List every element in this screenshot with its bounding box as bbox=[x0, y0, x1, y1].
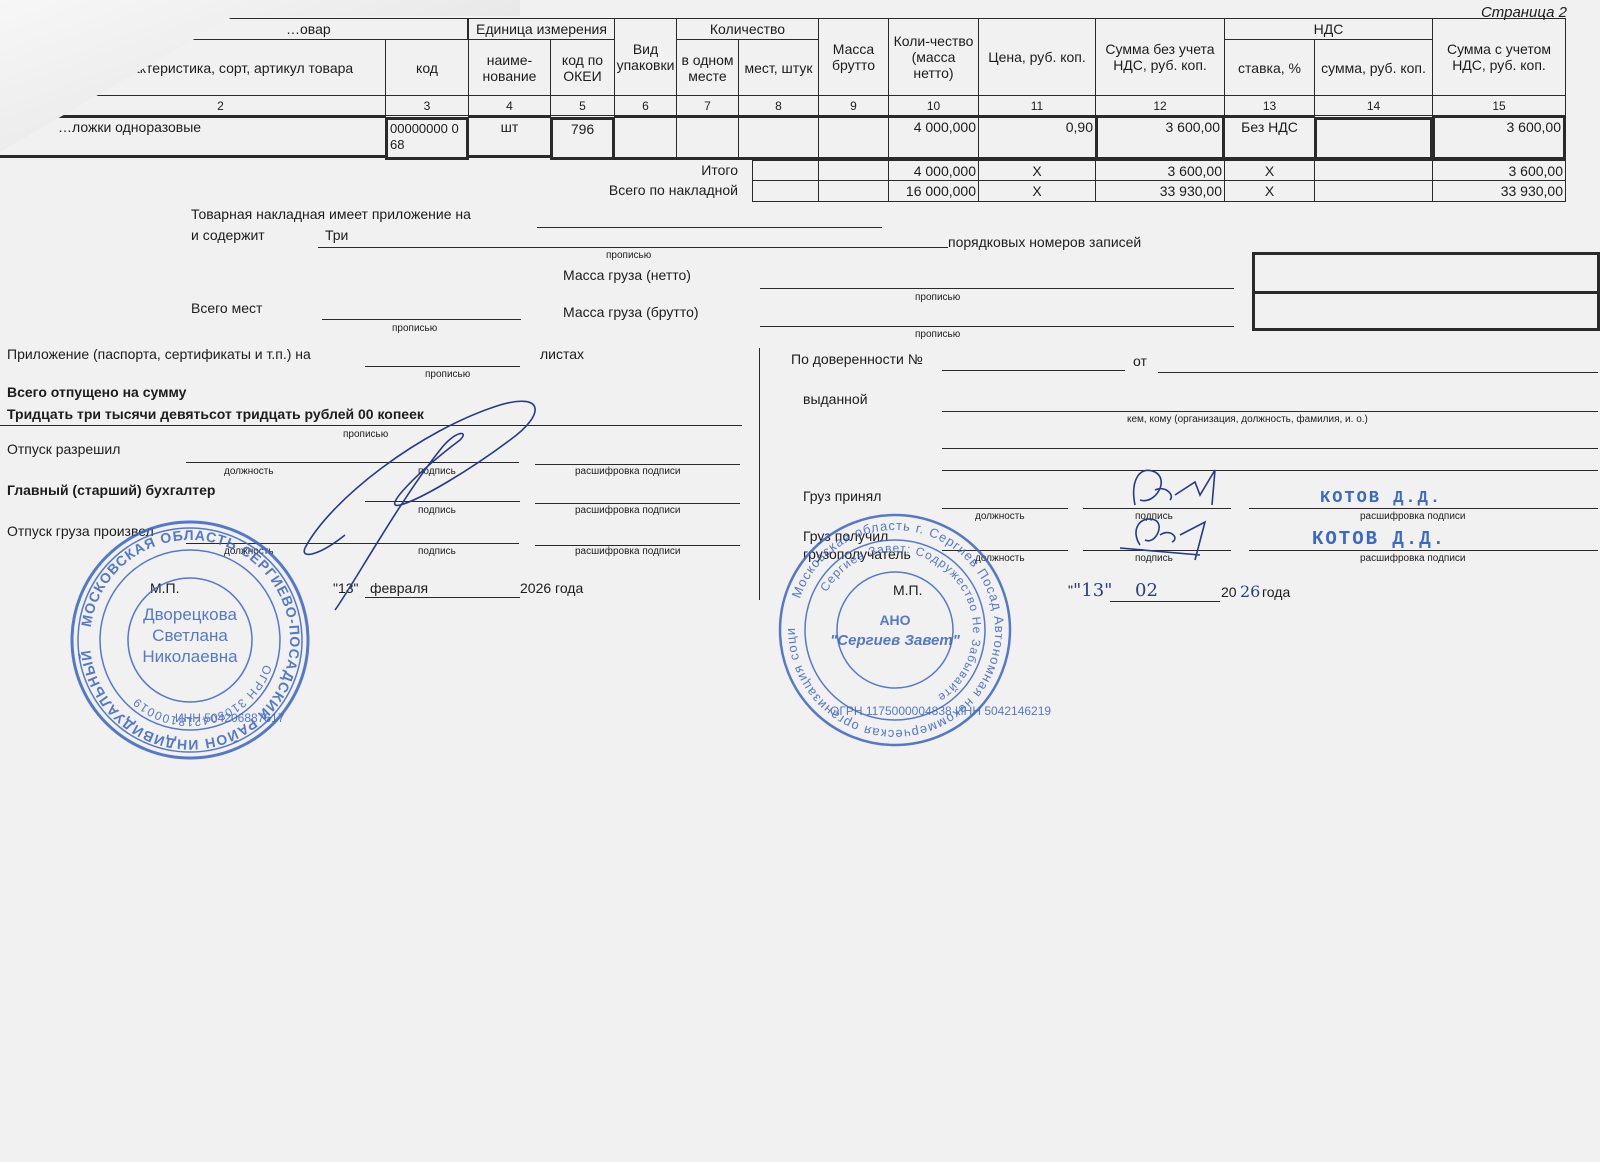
places-label: Всего мест bbox=[191, 300, 262, 316]
docs-field[interactable] bbox=[365, 366, 520, 367]
totals-label: Всего по накладной bbox=[609, 182, 738, 198]
release-allowed-label: Отпуск разрешил bbox=[7, 441, 120, 457]
col-number: 4 bbox=[468, 95, 551, 116]
svg-text:Дворецкова: Дворецкова bbox=[143, 605, 237, 624]
svg-text:ОГРН 1175000004838 ИНН 504214: ОГРН 1175000004838 ИНН 5042146219 bbox=[830, 704, 1051, 718]
shipped-by-position-field[interactable] bbox=[186, 543, 519, 544]
svg-text:АНО: АНО bbox=[879, 612, 910, 628]
totals-qty-net: 16 000,000 bbox=[888, 180, 979, 202]
hint-signature: подпись bbox=[418, 466, 456, 477]
mass-net-code-box bbox=[1252, 252, 1600, 294]
issued-field-3[interactable] bbox=[942, 470, 1598, 471]
row-unit-okei: 796 bbox=[550, 117, 615, 160]
col-number: 9 bbox=[818, 95, 889, 116]
header-vat-rate: ставка, % bbox=[1224, 39, 1315, 96]
header-sum-with-vat: Сумма с учетом НДС, руб. коп. bbox=[1432, 18, 1566, 96]
stamp-place-label: М.П. bbox=[150, 580, 180, 596]
col-number: 10 bbox=[888, 95, 979, 116]
col-number: 5 bbox=[550, 95, 615, 116]
header-unit-okei: код по ОКЕИ bbox=[550, 39, 615, 96]
row-qty-net: 4 000,000 bbox=[888, 115, 979, 160]
date-day: "13" bbox=[333, 580, 359, 596]
totals-vat-rate: X bbox=[1224, 160, 1315, 181]
row-vat-sum bbox=[1314, 117, 1433, 160]
hint-decoding: расшифровка подписи bbox=[575, 546, 681, 557]
received-decoding-field[interactable] bbox=[1249, 550, 1598, 551]
mass-net-field[interactable] bbox=[760, 288, 1234, 289]
row-unit-name: шт bbox=[468, 115, 551, 158]
totals-gross-mass bbox=[818, 180, 889, 202]
release-allowed-position-field[interactable] bbox=[186, 462, 519, 463]
header-vat-group: НДС bbox=[1224, 18, 1433, 40]
header-unit-group: Единица измерения bbox=[468, 18, 615, 40]
row-sum-no-vat: 3 600,00 bbox=[1095, 115, 1225, 160]
totals-sum-with-vat: 33 930,00 bbox=[1432, 180, 1566, 202]
totals-label: Итого bbox=[701, 162, 738, 178]
col-number: 2 bbox=[55, 95, 386, 116]
accepted-decoding-stamp: КОТОВ Д.Д. bbox=[1320, 489, 1442, 508]
contains-label: и содержит bbox=[191, 227, 265, 243]
row-gross-mass bbox=[818, 115, 889, 160]
totals-sum-with-vat: 3 600,00 bbox=[1432, 160, 1566, 181]
date-month-handwritten: 02 bbox=[1135, 580, 1158, 601]
totals-gross-mass bbox=[818, 160, 889, 181]
accepted-label: Груз принял bbox=[803, 488, 881, 504]
consignee-label: грузополучатель bbox=[803, 546, 911, 562]
proxy-date-field[interactable] bbox=[1158, 372, 1598, 373]
released-sum-line bbox=[0, 425, 742, 426]
hint-position: должность bbox=[975, 511, 1025, 522]
row-vat-rate: Без НДС bbox=[1224, 115, 1315, 160]
hint-decoding: расшифровка подписи bbox=[575, 505, 681, 516]
col-number: 14 bbox=[1314, 95, 1433, 116]
docs-label: Приложение (паспорта, сертификаты и т.п.… bbox=[7, 346, 311, 362]
issued-hint: кем, кому (организация, должность, фамил… bbox=[1127, 414, 1368, 425]
mass-gross-hint: прописью bbox=[915, 329, 960, 340]
totals-vat-sum bbox=[1314, 180, 1433, 202]
row-pack-type bbox=[614, 115, 677, 160]
date-year-word: года bbox=[1262, 584, 1290, 600]
date-day-handwritten: "13" bbox=[1073, 580, 1112, 601]
svg-text:ОГРН 310504218100019: ОГРН 310504218100019 bbox=[130, 663, 275, 729]
mass-gross-code-box bbox=[1252, 291, 1600, 331]
contains-field-line bbox=[318, 247, 948, 248]
attachment-field[interactable] bbox=[537, 227, 882, 228]
svg-text:"Сергиев Завет": "Сергиев Завет" bbox=[830, 632, 961, 649]
records-label: порядковых номеров записей bbox=[948, 234, 1141, 250]
col-number: 8 bbox=[738, 95, 819, 116]
accepted-position-field[interactable] bbox=[942, 508, 1068, 509]
received-decoding-stamp: КОТОВ Д.Д. bbox=[1312, 528, 1446, 550]
hint-signature: подпись bbox=[418, 546, 456, 557]
received-label: Груз получил bbox=[803, 528, 888, 544]
date-year-prefix: 20 bbox=[1221, 584, 1237, 600]
totals-vat-rate: X bbox=[1224, 180, 1315, 202]
row-name: …ложки одноразовые bbox=[0, 115, 386, 158]
col-number: 12 bbox=[1095, 95, 1225, 116]
row-kod: 00000000 068 bbox=[385, 117, 469, 160]
chief-accountant-decoding-field[interactable] bbox=[535, 503, 740, 504]
shipped-by-label: Отпуск груза произвел bbox=[7, 523, 154, 539]
proxy-number-field[interactable] bbox=[942, 370, 1125, 371]
released-sum-label: Всего отпущено на сумму bbox=[7, 384, 186, 400]
header-kod: код bbox=[385, 39, 469, 96]
header-pack-type: Вид упаковки bbox=[614, 18, 677, 96]
header-price: Цена, руб. коп. bbox=[978, 18, 1096, 96]
totals-sum-no-vat: 33 930,00 bbox=[1095, 180, 1225, 202]
hint-signature: подпись bbox=[1135, 511, 1173, 522]
released-sum-hint: прописью bbox=[343, 429, 388, 440]
contains-value[interactable]: Три bbox=[325, 227, 348, 243]
totals-price: X bbox=[978, 180, 1096, 202]
stamp-place-label: М.П. bbox=[893, 582, 923, 598]
svg-text:Сергиев Завет: Содружество Не: Сергиев Завет: Содружество Не Забывайте bbox=[817, 541, 984, 705]
proxy-from-label: от bbox=[1133, 353, 1147, 369]
svg-text:Николаевна: Николаевна bbox=[142, 647, 238, 666]
issued-label: выданной bbox=[803, 391, 868, 407]
svg-text:ИНН 504206887517: ИНН 504206887517 bbox=[175, 711, 285, 725]
row-price: 0,90 bbox=[978, 115, 1096, 160]
header-sum-no-vat: Сумма без учета НДС, руб. коп. bbox=[1095, 18, 1225, 96]
section-divider bbox=[759, 348, 760, 600]
col-number: 11 bbox=[978, 95, 1096, 116]
totals-qty-places bbox=[752, 180, 819, 202]
col-number: 7 bbox=[676, 95, 739, 116]
contains-hint: прописью bbox=[606, 250, 651, 261]
issued-field[interactable] bbox=[942, 411, 1598, 412]
mass-gross-field[interactable] bbox=[760, 326, 1234, 327]
totals-qty-places bbox=[752, 160, 819, 181]
chief-accountant-signature-field[interactable] bbox=[365, 501, 520, 502]
col-number: 15 bbox=[1432, 95, 1566, 116]
date-month-line bbox=[1110, 601, 1220, 602]
totals-vat-sum bbox=[1314, 160, 1433, 181]
header-gross-mass: Масса брутто bbox=[818, 18, 889, 96]
col-number: 3 bbox=[385, 95, 469, 116]
chief-accountant-label: Главный (старший) бухгалтер bbox=[7, 482, 215, 498]
mass-net-hint: прописью bbox=[915, 292, 960, 303]
issued-field-2[interactable] bbox=[942, 448, 1598, 449]
release-allowed-decoding-field[interactable] bbox=[535, 464, 740, 465]
received-position-field[interactable] bbox=[942, 550, 1068, 551]
row-sum-with-vat: 3 600,00 bbox=[1432, 115, 1566, 160]
header-unit-name: наиме-нование bbox=[468, 39, 551, 96]
totals-sum-no-vat: 3 600,00 bbox=[1095, 160, 1225, 181]
hint-position: должность bbox=[975, 553, 1025, 564]
header-qty-places: мест, штук bbox=[738, 39, 819, 96]
row-qty-places bbox=[738, 115, 819, 160]
places-field[interactable] bbox=[322, 319, 521, 320]
col-number: 13 bbox=[1224, 95, 1315, 116]
accepted-signature-field[interactable] bbox=[1083, 508, 1231, 509]
docs-hint: прописью bbox=[425, 369, 470, 380]
totals-qty-net: 4 000,000 bbox=[888, 160, 979, 181]
released-sum-words: Тридцать три тысячи девятьсот тридцать р… bbox=[7, 406, 424, 422]
date-month: февраля bbox=[370, 580, 428, 596]
date-year-suffix-handwritten: 26 bbox=[1240, 582, 1260, 601]
header-qty-per-place: в одном месте bbox=[676, 39, 739, 96]
header-vat-sum: сумма, руб. коп. bbox=[1314, 39, 1433, 96]
received-signature-field[interactable] bbox=[1083, 550, 1231, 551]
row-qty-per-place bbox=[676, 115, 739, 160]
date-month-line bbox=[365, 597, 520, 598]
svg-text:Светлана: Светлана bbox=[152, 626, 228, 645]
header-qty-net: Коли-чество (масса нетто) bbox=[888, 18, 979, 96]
accepted-decoding-field[interactable] bbox=[1249, 508, 1598, 509]
hint-signature: подпись bbox=[1135, 553, 1173, 564]
proxy-label: По доверенности № bbox=[791, 351, 923, 367]
hint-signature: подпись bbox=[418, 505, 456, 516]
col-number: 6 bbox=[614, 95, 677, 116]
hint-position: должность bbox=[224, 546, 274, 557]
places-hint: прописью bbox=[392, 323, 437, 334]
attachment-label: Товарная накладная имеет приложение на bbox=[191, 206, 471, 222]
hint-decoding: расшифровка подписи bbox=[1360, 553, 1466, 564]
date-year: 2026 года bbox=[520, 580, 583, 596]
hint-position: должность bbox=[224, 466, 274, 477]
mass-net-label: Масса груза (нетто) bbox=[563, 267, 691, 283]
docs-unit: листах bbox=[540, 346, 584, 362]
mass-gross-label: Масса груза (брутто) bbox=[563, 304, 699, 320]
hint-decoding: расшифровка подписи bbox=[1360, 511, 1466, 522]
header-qty-group: Количество bbox=[676, 18, 819, 40]
totals-price: X bbox=[978, 160, 1096, 181]
left-seal-icon bbox=[72, 522, 308, 758]
hint-decoding: расшифровка подписи bbox=[575, 466, 681, 477]
